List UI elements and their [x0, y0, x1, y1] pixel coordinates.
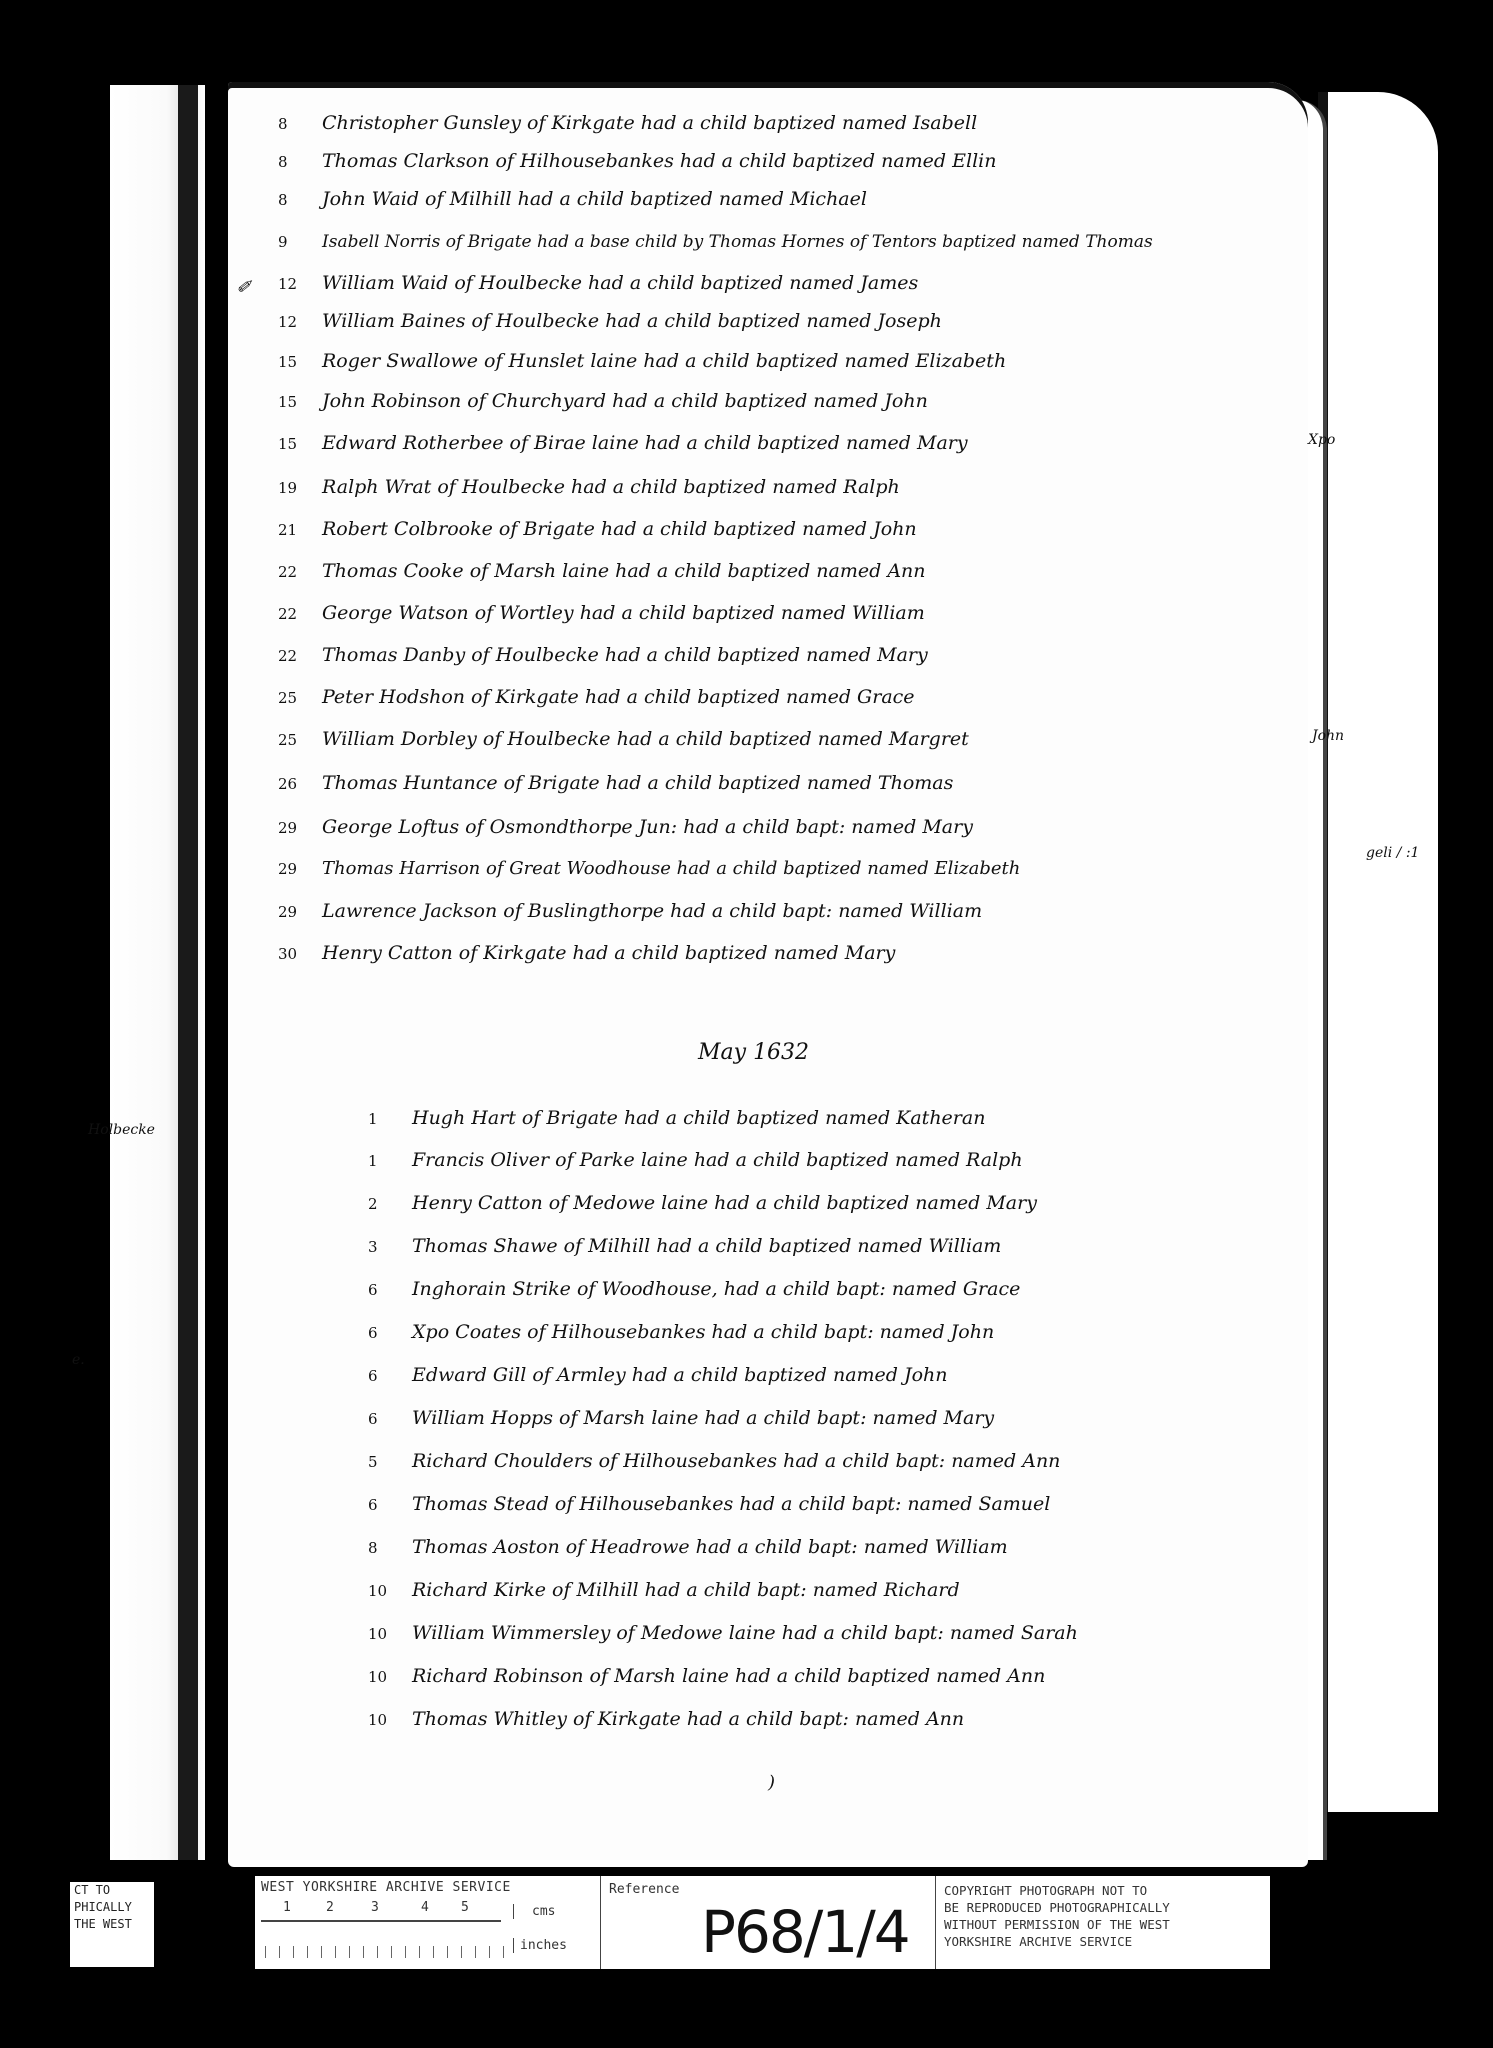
right-edge-note: geli / :1	[1366, 845, 1419, 861]
entry-row: 15Roger Swallowe of Hunslet laine had a …	[278, 350, 1006, 372]
cm-tick: 3	[371, 1900, 379, 1915]
copyright-line: WITHOUT PERMISSION OF THE WEST	[944, 1916, 1262, 1933]
entry-row: 5Richard Choulders of Hilhousebankes had…	[368, 1450, 1060, 1472]
inch-ticks	[265, 1946, 505, 1958]
inch-label: inches	[513, 1938, 567, 1953]
left-strip-fragment: e.	[72, 1352, 85, 1368]
cm-label: cms	[513, 1904, 555, 1919]
entry-row: 29George Loftus of Osmondthorpe Jun: had…	[278, 816, 973, 838]
entry-row: 1Hugh Hart of Brigate had a child baptiz…	[368, 1107, 985, 1129]
entry-row: 21Robert Colbrooke of Brigate had a chil…	[278, 518, 917, 540]
entry-row: 25Peter Hodshon of Kirkgate had a child …	[278, 686, 915, 708]
cm-tick: 1	[283, 1900, 291, 1915]
entry-row: 9Isabell Norris of Brigate had a base ch…	[278, 232, 1153, 252]
entry-row: 15Edward Rotherbee of Birae laine had a …	[278, 432, 968, 454]
cm-ruler: 1 2 3 4 5	[261, 1900, 501, 1922]
reference-box: Reference P68/1/4	[600, 1876, 936, 1969]
entry-row: 30Henry Catton of Kirkgate had a child b…	[278, 942, 895, 964]
entry-row: 6Xpo Coates of Hilhousebankes had a chil…	[368, 1321, 994, 1343]
copyright-line: COPYRIGHT PHOTOGRAPH NOT TO	[944, 1882, 1262, 1899]
margin-cross-mark: ✐	[236, 277, 251, 298]
entry-row: 12William Waid of Houlbecke had a child …	[278, 272, 918, 294]
entry-row: 6Edward Gill of Armley had a child bapti…	[368, 1364, 948, 1386]
archive-name: WEST YORKSHIRE ARCHIVE SERVICE	[261, 1880, 511, 1895]
entry-row: 25William Dorbley of Houlbecke had a chi…	[278, 728, 969, 750]
entry-row: 6Inghorain Strike of Woodhouse, had a ch…	[368, 1278, 1020, 1300]
copyright-line: YORKSHIRE ARCHIVE SERVICE	[944, 1933, 1262, 1950]
entry-row: 8Christopher Gunsley of Kirkgate had a c…	[278, 112, 977, 134]
entry-row: 29Lawrence Jackson of Buslingthorpe had …	[278, 900, 982, 922]
entry-row: 22Thomas Cooke of Marsh laine had a chil…	[278, 560, 926, 582]
scale-ruler: WEST YORKSHIRE ARCHIVE SERVICE 1 2 3 4 5…	[255, 1876, 600, 1969]
left-strip-note: Holbecke	[88, 1122, 155, 1138]
entry-row: 10William Wimmersley of Medowe laine had…	[368, 1622, 1078, 1644]
entry-row: 8John Waid of Milhill had a child baptiz…	[278, 188, 867, 210]
binding-shadow	[178, 85, 198, 1860]
entry-row: 6Thomas Stead of Hilhousebankes had a ch…	[368, 1493, 1050, 1515]
entry-row: 15John Robinson of Churchyard had a chil…	[278, 390, 928, 412]
copyright-line: BE REPRODUCED PHOTOGRAPHICALLY	[944, 1899, 1262, 1916]
entry-row: 2Henry Catton of Medowe laine had a chil…	[368, 1192, 1037, 1214]
entry-row: 10Richard Robinson of Marsh laine had a …	[368, 1665, 1045, 1687]
entry-row: 19Ralph Wrat of Houlbecke had a child ba…	[278, 476, 900, 498]
fragment-line: PHICALLY	[74, 1899, 154, 1916]
copyright-notice: COPYRIGHT PHOTOGRAPH NOT TO BE REPRODUCE…	[935, 1876, 1270, 1969]
adjacent-copyright-fragment: CT TO PHICALLY THE WEST	[70, 1882, 154, 1967]
entry-row: 3Thomas Shawe of Milhill had a child bap…	[368, 1235, 1001, 1257]
entry-row: 8Thomas Aoston of Headrowe had a child b…	[368, 1536, 1008, 1558]
right-edge-note: Xpo	[1308, 432, 1335, 448]
cm-tick: 5	[461, 1900, 469, 1915]
fragment-line: THE WEST	[74, 1916, 154, 1933]
entry-row: 1Francis Oliver of Parke laine had a chi…	[368, 1149, 1023, 1171]
cm-tick: 4	[421, 1900, 429, 1915]
month-heading: May 1632	[698, 1040, 809, 1065]
reference-label: Reference	[609, 1882, 679, 1897]
fragment-line: CT TO	[74, 1882, 154, 1899]
right-edge-note: John	[1312, 728, 1344, 744]
bottom-mark: )	[768, 1772, 775, 1793]
entry-row: 22George Watson of Wortley had a child b…	[278, 602, 925, 624]
entry-row: 26Thomas Huntance of Brigate had a child…	[278, 772, 953, 794]
entry-row: 8Thomas Clarkson of Hilhousebankes had a…	[278, 150, 996, 172]
entry-row: 6William Hopps of Marsh laine had a chil…	[368, 1407, 994, 1429]
entry-row: 10Richard Kirke of Milhill had a child b…	[368, 1579, 960, 1601]
entry-row: 10Thomas Whitley of Kirkgate had a child…	[368, 1708, 964, 1730]
page-edge-outer	[1318, 92, 1438, 1812]
register-page: 8Christopher Gunsley of Kirkgate had a c…	[228, 82, 1308, 1867]
entry-row: 12William Baines of Houlbecke had a chil…	[278, 310, 942, 332]
entry-row: 22Thomas Danby of Houlbecke had a child …	[278, 644, 928, 666]
entry-row: 29Thomas Harrison of Great Woodhouse had…	[278, 858, 1020, 879]
cm-tick: 2	[326, 1900, 334, 1915]
reference-value: P68/1/4	[701, 1898, 909, 1966]
